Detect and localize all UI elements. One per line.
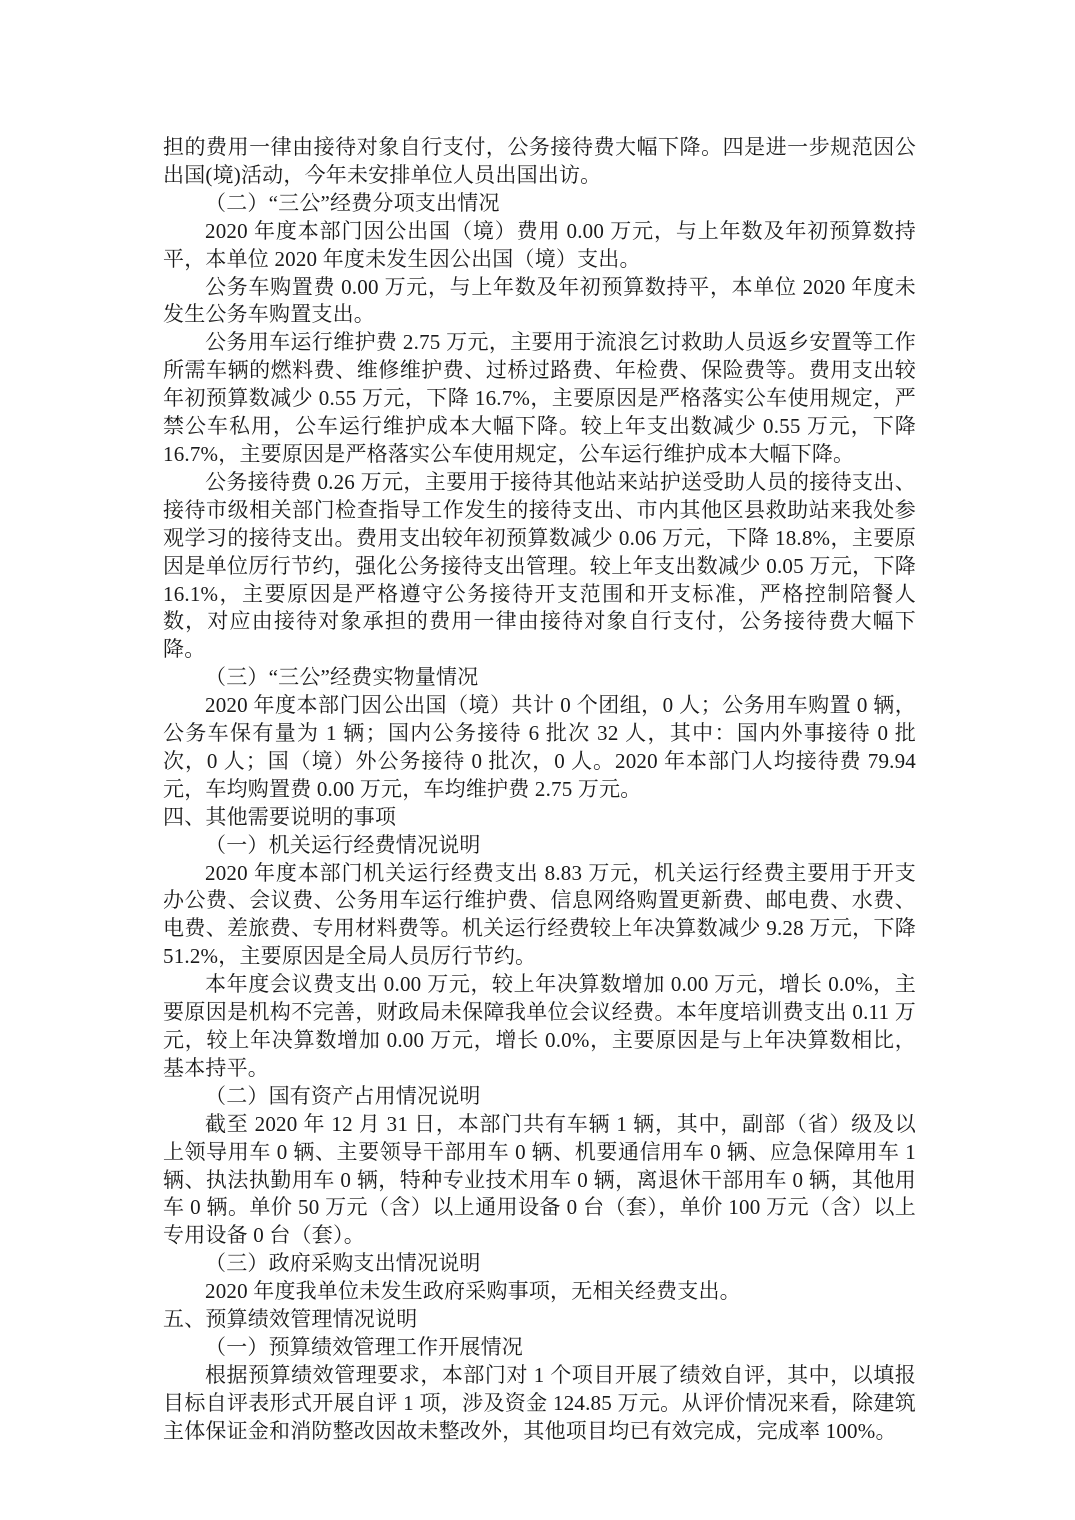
document-page: 担的费用一律由接待对象自行支付，公务接待费大幅下降。四是进一步规范因公出国(境)… (0, 0, 1075, 1520)
paragraph: 2020 年度本部门因公出国（境）费用 0.00 万元，与上年数及年初预算数持平… (163, 218, 916, 274)
paragraph: （三）政府采购支出情况说明 (163, 1250, 916, 1278)
paragraph: 五、预算绩效管理情况说明 (163, 1306, 916, 1334)
paragraph: 公务接待费 0.26 万元，主要用于接待其他站来站护送受助人员的接待支出、接待市… (163, 469, 916, 664)
paragraph: 担的费用一律由接待对象自行支付，公务接待费大幅下降。四是进一步规范因公出国(境)… (163, 134, 916, 190)
paragraph: 根据预算绩效管理要求，本部门对 1 个项目开展了绩效自评，其中，以填报目标自评表… (163, 1362, 916, 1446)
paragraph: 公务用车运行维护费 2.75 万元，主要用于流浪乞讨救助人员返乡安置等工作所需车… (163, 329, 916, 469)
paragraph: 公务车购置费 0.00 万元，与上年数及年初预算数持平，本单位 2020 年度未… (163, 274, 916, 330)
paragraph: （一）预算绩效管理工作开展情况 (163, 1334, 916, 1362)
paragraph: 截至 2020 年 12 月 31 日，本部门共有车辆 1 辆，其中，副部（省）… (163, 1111, 916, 1251)
paragraph: 四、其他需要说明的事项 (163, 804, 916, 832)
paragraph: 2020 年度我单位未发生政府采购事项，无相关经费支出。 (163, 1278, 916, 1306)
document-body: 担的费用一律由接待对象自行支付，公务接待费大幅下降。四是进一步规范因公出国(境)… (163, 134, 916, 1446)
paragraph: （二）国有资产占用情况说明 (163, 1083, 916, 1111)
paragraph: 本年度会议费支出 0.00 万元，较上年决算数增加 0.00 万元，增长 0.0… (163, 971, 916, 1083)
paragraph: （三）“三公”经费实物量情况 (163, 664, 916, 692)
paragraph: 2020 年度本部门机关运行经费支出 8.83 万元，机关运行经费主要用于开支办… (163, 860, 916, 972)
paragraph: （一）机关运行经费情况说明 (163, 832, 916, 860)
paragraph: （二）“三公”经费分项支出情况 (163, 190, 916, 218)
paragraph: 2020 年度本部门因公出国（境）共计 0 个团组，0 人；公务用车购置 0 辆… (163, 692, 916, 804)
